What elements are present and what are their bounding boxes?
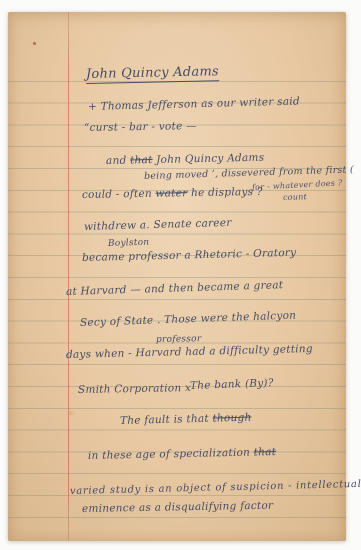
manuscript-title: John Quincy Adams [86, 65, 219, 84]
manuscript-line: The bank (By)? [190, 378, 274, 391]
ink-fleck [33, 42, 36, 45]
manuscript-line: “curst - bar - vote — [84, 121, 197, 133]
paper-sheet [8, 12, 346, 541]
interline-insertion: Boylston [108, 239, 150, 249]
interline-insertion: count [283, 193, 307, 202]
paper-stain [68, 411, 73, 415]
photo-of-manuscript: John Quincy Adams + Thomas Jefferson as … [0, 0, 361, 550]
interline-insertion: professor [156, 335, 202, 345]
manuscript-line: Smith Corporation x [78, 383, 191, 395]
red-margin-line [68, 12, 69, 541]
